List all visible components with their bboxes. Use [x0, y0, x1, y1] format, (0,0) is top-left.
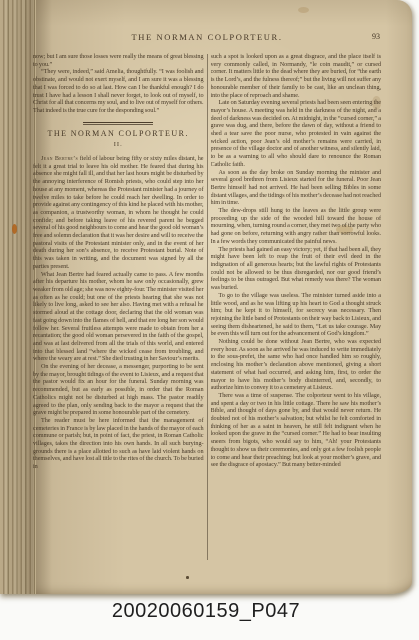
- paragraph: The priests had gained an easy victory; …: [211, 246, 382, 292]
- right-column: such a spot is looked upon as a great di…: [211, 53, 382, 562]
- paragraph: Jean Bertre’s field of labour being fift…: [33, 155, 204, 271]
- catalog-label: 20020060159_P047: [0, 600, 412, 623]
- paragraph: What Jean Bertre had feared actually cam…: [33, 271, 204, 363]
- photo-backdrop: THE NORMAN COLPORTEUR. 93 now; but I am …: [0, 0, 419, 640]
- column-rule: [207, 54, 208, 560]
- smallcaps-lead: Jean Bertre’s: [41, 155, 78, 162]
- page-content: THE NORMAN COLPORTEUR. 93 now; but I am …: [33, 30, 381, 570]
- paragraph: The reader must be here informed that th…: [33, 417, 204, 471]
- paragraph: now; but I am sure those losses were rea…: [33, 53, 204, 68]
- paragraph: Nothing could be done without Jean Bertr…: [211, 338, 382, 392]
- stain: [298, 7, 309, 13]
- ink-speck: [186, 576, 189, 579]
- paragraph: such a spot is looked upon as a great di…: [211, 53, 382, 99]
- paragraph: On the evening of her decease, a messeng…: [33, 363, 204, 417]
- page-number: 93: [372, 32, 380, 41]
- book-gutter: [0, 0, 36, 594]
- paragraph: Late on Saturday evening several priests…: [211, 99, 382, 168]
- running-header: THE NORMAN COLPORTEUR. 93: [33, 30, 381, 46]
- left-column: now; but I am sure those losses were rea…: [33, 53, 204, 562]
- book-page: THE NORMAN COLPORTEUR. 93 now; but I am …: [0, 0, 412, 594]
- section-title: THE NORMAN COLPORTEUR.: [33, 130, 204, 138]
- paragraph: The dew-drops still hung to the leaves a…: [211, 207, 382, 246]
- paragraph: There was a time of suspense. The colpor…: [211, 392, 382, 469]
- text-columns: now; but I am sure those losses were rea…: [33, 53, 381, 562]
- chapter-number: II.: [33, 141, 204, 149]
- running-title: THE NORMAN COLPORTEUR.: [131, 32, 282, 42]
- paragraph: “They were, indeed,” said Amelia, though…: [33, 68, 204, 114]
- paragraph: As soon as the day broke on Sunday morni…: [211, 169, 382, 208]
- paragraph: To go to the village was useless. The mi…: [211, 292, 382, 338]
- section-divider-rule: [83, 122, 153, 125]
